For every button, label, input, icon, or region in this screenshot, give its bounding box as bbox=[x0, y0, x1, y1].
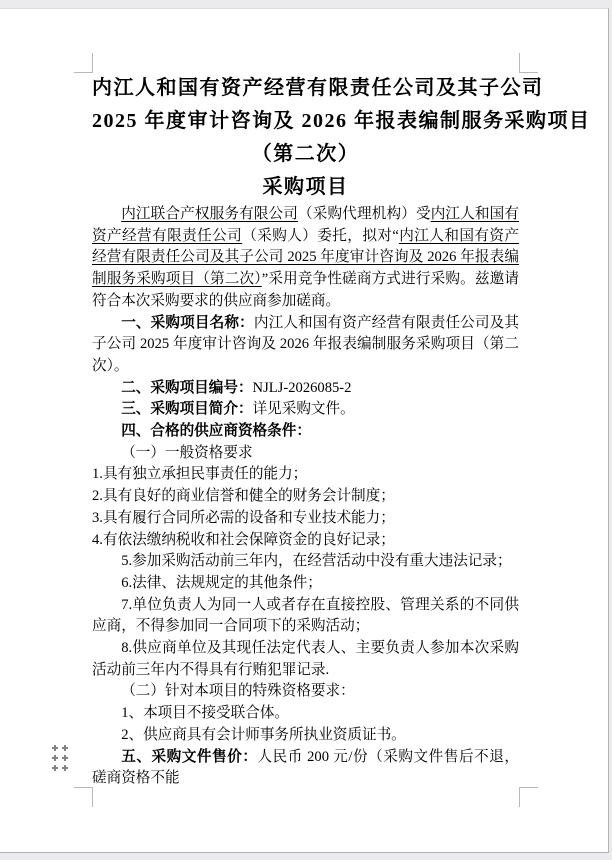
general-item-8: 8.供应商单位及其现任法定代表人、主要负责人参加本次采购活动前三年内不得具有行贿… bbox=[92, 638, 519, 681]
section-document-price: 五、采购文件售价：人民币 200 元/份（采购文件售后不退，磋商资格不能 bbox=[92, 747, 519, 790]
general-qualification-heading: （一）一般资格要求 bbox=[92, 443, 519, 465]
text-boundary-mark-bottom-left bbox=[74, 787, 93, 807]
section-project-brief: 三、采购项目简介：详见采购文件。 bbox=[92, 399, 519, 421]
anchor-mark-icon bbox=[52, 765, 58, 771]
general-item-1: 1.具有独立承担民事责任的能力； bbox=[92, 464, 519, 486]
section-qualification: 四、合格的供应商资格条件： bbox=[92, 421, 519, 443]
anchor-mark-icon bbox=[62, 745, 68, 751]
general-item-6: 6.法律、法规规定的其他条件； bbox=[92, 573, 519, 595]
special-item-2: 2、供应商具有会计师事务所执业资质证书。 bbox=[92, 725, 519, 747]
document-content: 内江人和国有资产经营有限责任公司及其子公司 2025 年度审计咨询及 2026 … bbox=[92, 72, 519, 790]
document-page: 内江人和国有资产经营有限责任公司及其子公司 2025 年度审计咨询及 2026 … bbox=[0, 8, 609, 853]
section-text: NJLJ-2026085-2 bbox=[253, 380, 352, 396]
agency-name: 内江联合产权服务有限公司 bbox=[121, 206, 298, 222]
title-line-1: 内江人和国有资产经营有限责任公司及其子公司 bbox=[92, 72, 519, 105]
general-item-3: 3.具有履行合同所必需的设备和专业技术能力； bbox=[92, 508, 519, 530]
anchor-mark-icon bbox=[62, 755, 68, 761]
title-line-3: （第二次） bbox=[92, 138, 519, 171]
title-line-4: 采购项目 bbox=[92, 171, 519, 204]
text-boundary-mark-top-left bbox=[74, 53, 93, 73]
intro-paragraph: 内江联合产权服务有限公司（采购代理机构）受内江人和国有资产经营有限责任公司（采购… bbox=[92, 204, 519, 313]
general-item-5: 5.参加采购活动前三年内，在经营活动中没有重大违法记录； bbox=[92, 551, 519, 573]
section-label: 三、采购项目简介： bbox=[121, 401, 252, 417]
object-anchor-grid-icon bbox=[52, 745, 68, 771]
section-project-name: 一、采购项目名称：内江人和国有资产经营有限责任公司及其子公司 2025 年度审计… bbox=[92, 313, 519, 378]
special-item-1: 1、本项目不接受联合体。 bbox=[92, 703, 519, 725]
anchor-mark-icon bbox=[62, 765, 68, 771]
general-item-4: 4.有依法缴纳税收和社会保障资金的良好记录； bbox=[92, 530, 519, 552]
general-item-7: 7.单位负责人为同一人或者存在直接控股、管理关系的不同供应商，不得参加同一合同项… bbox=[92, 595, 519, 638]
section-label: 一、采购项目名称： bbox=[121, 315, 254, 331]
title-line-2: 2025 年度审计咨询及 2026 年报表编制服务采购项目 bbox=[92, 105, 519, 138]
document-title: 内江人和国有资产经营有限责任公司及其子公司 2025 年度审计咨询及 2026 … bbox=[92, 72, 519, 204]
text-boundary-mark-top-right bbox=[519, 53, 538, 73]
general-item-2: 2.具有良好的商业信誉和健全的财务会计制度； bbox=[92, 486, 519, 508]
section-label: 五、采购文件售价： bbox=[121, 749, 257, 765]
anchor-mark-icon bbox=[52, 745, 58, 751]
document-viewport: 内江人和国有资产经营有限责任公司及其子公司 2025 年度审计咨询及 2026 … bbox=[0, 0, 612, 860]
intro-text: （采购人）委托，拟对“ bbox=[242, 228, 399, 244]
section-label: 四、合格的供应商资格条件： bbox=[121, 423, 311, 439]
section-project-number: 二、采购项目编号：NJLJ-2026085-2 bbox=[92, 378, 519, 400]
section-text: 详见采购文件。 bbox=[253, 401, 355, 417]
anchor-mark-icon bbox=[52, 755, 58, 761]
special-qualification-heading: （二）针对本项目的特殊资格要求： bbox=[92, 681, 519, 703]
text-boundary-mark-bottom-right bbox=[519, 787, 538, 807]
section-label: 二、采购项目编号： bbox=[121, 380, 252, 396]
intro-text: （采购代理机构）受 bbox=[298, 206, 431, 222]
